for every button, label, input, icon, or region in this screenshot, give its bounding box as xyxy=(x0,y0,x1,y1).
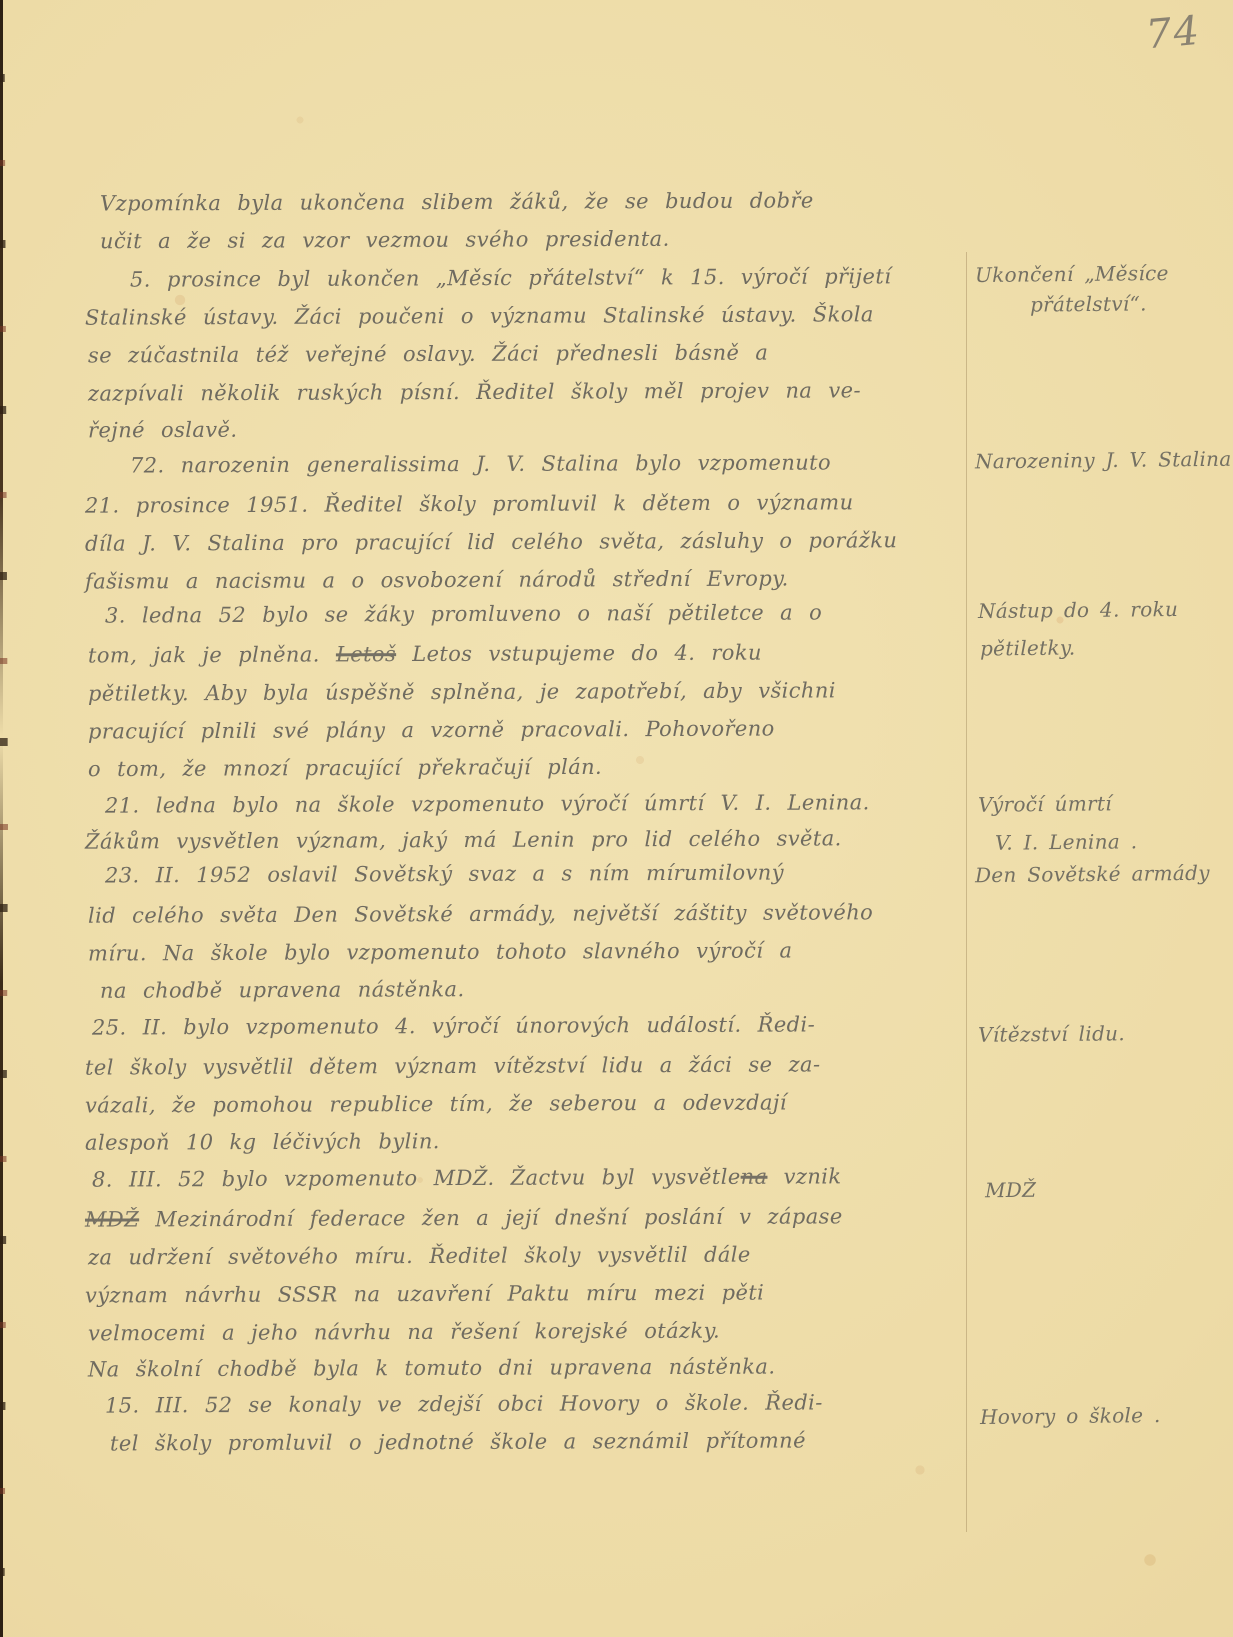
margin-rule-line xyxy=(966,252,967,1532)
margin-note: Výročí úmrtí xyxy=(978,791,1112,816)
handwritten-line: tel školy promluvil o jednotné škole a s… xyxy=(110,1428,806,1455)
handwritten-line: velmocemi a jeho návrhu na řešení korejs… xyxy=(88,1319,720,1346)
handwritten-line: lid celého světa Den Sovětské armády, ne… xyxy=(88,900,873,927)
margin-note: Den Sovětské armády xyxy=(975,861,1210,887)
margin-note: Nástup do 4. roku xyxy=(978,597,1178,623)
handwritten-line: pracující plnili své plány a vzorně prac… xyxy=(88,717,775,744)
handwritten-line: 8. III. 52 bylo vzpomenuto MDŽ. Žactvu b… xyxy=(92,1164,842,1191)
handwritten-line: míru. Na škole bylo vzpomenuto tohoto sl… xyxy=(88,938,792,965)
handwritten-line: Žákům vysvětlen význam, jaký má Lenin pr… xyxy=(85,826,842,853)
handwritten-line: se zúčastnila též veřejné oslavy. Žáci p… xyxy=(88,341,768,368)
margin-note: MDŽ xyxy=(985,1178,1037,1203)
handwritten-line: fašismu a nacismu a o osvobození národů … xyxy=(85,566,789,593)
handwritten-line: o tom, že mnozí pracující překračují plá… xyxy=(88,755,602,781)
handwritten-line: díla J. V. Stalina pro pracující lid cel… xyxy=(85,528,897,556)
handwritten-line: 15. III. 52 se konaly ve zdejší obci Hov… xyxy=(105,1390,823,1417)
handwritten-line: 3. ledna 52 bylo se žáky promluveno o na… xyxy=(105,600,822,627)
handwritten-line: vázali, že pomohou republice tím, že seb… xyxy=(85,1090,787,1117)
handwritten-line: MDŽ Mezinárodní federace žen a její dneš… xyxy=(85,1204,843,1231)
handwritten-line: 72. narozenin generalissima J. V. Stalin… xyxy=(130,450,831,477)
margin-note: pětiletky. xyxy=(980,636,1076,661)
handwritten-line: tom, jak je plněna. Letoš Letos vstupuje… xyxy=(88,641,762,668)
margin-note: Narozeniny J. V. Stalina. xyxy=(975,447,1233,474)
handwritten-line: alespoň 10 kg léčivých bylin. xyxy=(85,1129,440,1155)
handwritten-line: tel školy vysvětlil dětem význam vítězst… xyxy=(85,1052,821,1079)
handwritten-line: Na školní chodbě byla k tomuto dni uprav… xyxy=(88,1355,776,1382)
handwritten-line: 21. ledna bylo na škole vzpomenuto výroč… xyxy=(105,790,870,817)
handwritten-line: Stalinské ústavy. Žáci poučeni o významu… xyxy=(85,302,874,329)
margin-note: Ukončení „Měsíce xyxy=(975,261,1169,287)
handwritten-line: 21. prosince 1951. Ředitel školy promluv… xyxy=(85,490,854,517)
handwritten-line: na chodbě upravena nástěnka. xyxy=(100,977,465,1003)
handwritten-line: 23. II. 1952 oslavil Sovětský svaz a s n… xyxy=(105,861,784,888)
page-number: 74 xyxy=(1144,8,1203,59)
page-left-binding-edge xyxy=(0,0,3,1637)
margin-note: V. I. Lenina . xyxy=(995,829,1138,854)
handwritten-line: Vzpomínka byla ukončena slibem žáků, že … xyxy=(100,188,814,215)
handwritten-line: 25. II. bylo vzpomenuto 4. výročí únorov… xyxy=(92,1012,815,1039)
handwritten-line: pětiletky. Aby byla úspěšně splněna, je … xyxy=(88,678,836,705)
handwritten-line: řejné oslavě. xyxy=(88,418,238,443)
handwritten-line: za udržení světového míru. Ředitel školy… xyxy=(88,1243,751,1270)
chronicle-page: 74 Vzpomínka byla ukončena slibem žáků, … xyxy=(0,0,1233,1637)
handwritten-line: význam návrhu SSSR na uzavření Paktu mír… xyxy=(85,1281,764,1308)
margin-note: Vítězství lidu. xyxy=(978,1021,1125,1047)
margin-note: Hovory o škole . xyxy=(980,1403,1161,1429)
handwritten-line: učit a že si za vzor vezmou svého presid… xyxy=(100,227,670,253)
margin-note: přátelství“. xyxy=(1030,291,1147,316)
handwritten-line: zazpívali několik ruských písní. Ředitel… xyxy=(88,378,861,405)
handwritten-line: 5. prosince byl ukončen „Měsíc přátelstv… xyxy=(130,264,891,291)
